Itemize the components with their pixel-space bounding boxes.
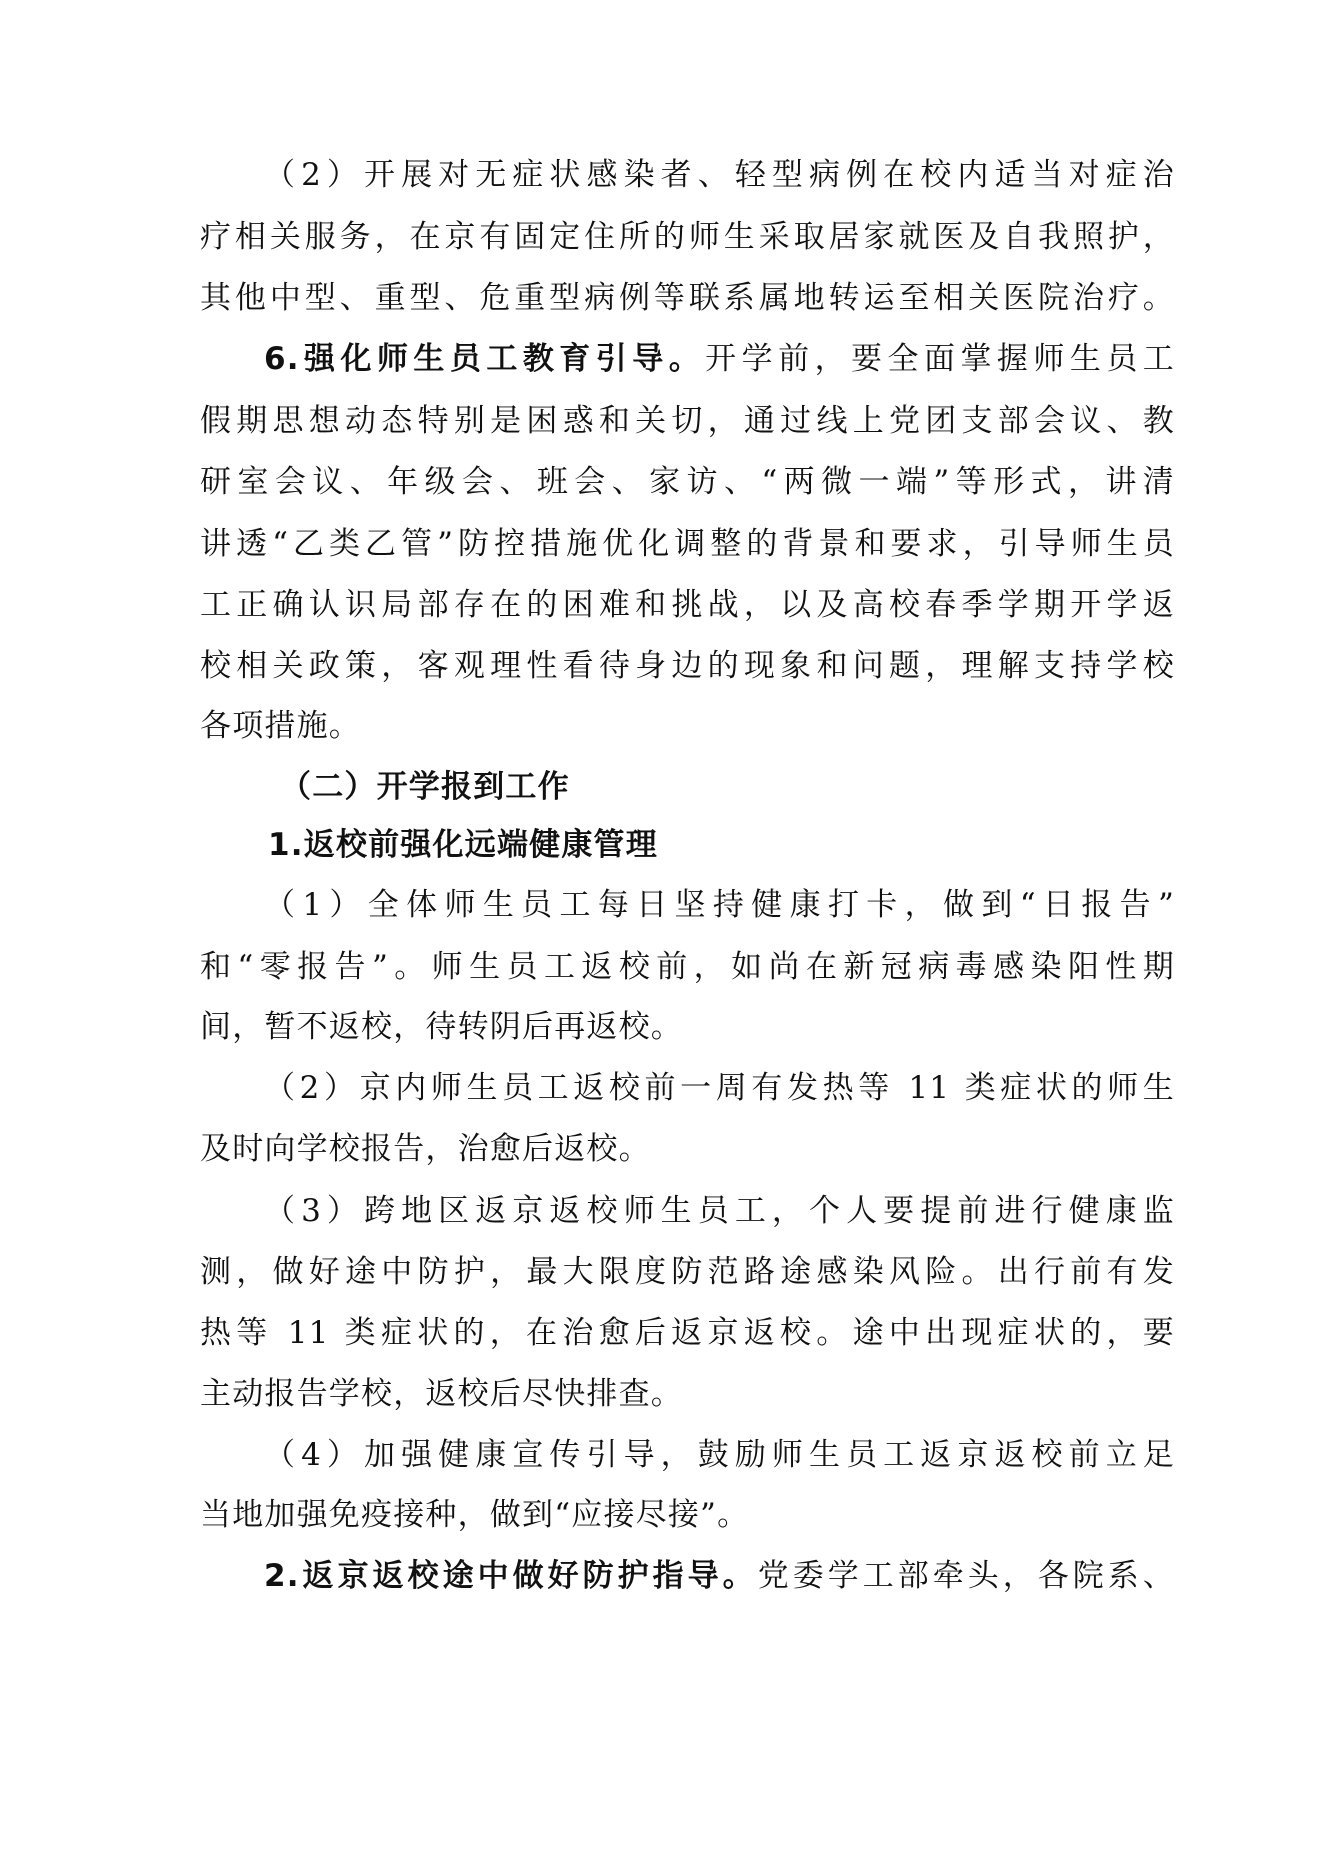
paragraph-line: 工正确认识局部存在的困难和挑战，以及高校春季学期开学返: [200, 580, 1175, 630]
lead-line-rest: 开学前，要全面掌握师生员工: [705, 341, 1175, 377]
paragraph-line: 研室会议、年级会、班会、家访、“两微一端”等形式，讲清: [200, 457, 1175, 507]
item-line: （1）全体师生员工每日坚持健康打卡，做到“日报告”: [264, 880, 1175, 930]
item-line: （2）京内师生员工返校前一周有发热等 11 类症状的师生: [264, 1063, 1175, 1113]
paragraph-line: 各项措施。: [200, 701, 1175, 751]
section-heading: （二）开学报到工作: [280, 762, 980, 812]
item-line: 当地加强免疫接种，做到“应接尽接”。: [200, 1490, 1175, 1540]
item-line: 和“零报告”。师生员工返校前，如尚在新冠病毒感染阳性期: [200, 942, 1175, 992]
final-paragraph-line: 2.返京返校途中做好防护指导。党委学工部牵头，各院系、: [264, 1551, 1175, 1601]
bold-lead-heading: 6.强化师生员工教育引导。: [264, 341, 705, 377]
bold-lead-heading: 2.返京返校途中做好防护指导。: [264, 1558, 758, 1594]
subsection-heading: 1.返校前强化远端健康管理: [268, 820, 968, 870]
paragraph-line: 其他中型、重型、危重型病例等联系属地转运至相关医院治疗。: [200, 273, 1175, 323]
paragraph-line: 疗相关服务，在京有固定住所的师生采取居家就医及自我照护，: [200, 212, 1175, 262]
paragraph-line: 假期思想动态特别是困惑和关切，通过线上党团支部会议、教: [200, 396, 1175, 446]
item-line: 测，做好途中防护，最大限度防范路途感染风险。出行前有发: [200, 1247, 1175, 1297]
item-line: 热等 11 类症状的，在治愈后返京返校。途中出现症状的，要: [200, 1308, 1175, 1358]
paragraph-line: 校相关政策，客观理性看待身边的现象和问题，理解支持学校: [200, 641, 1175, 691]
item-line: （4）加强健康宣传引导，鼓励师生员工返京返校前立足: [264, 1430, 1175, 1480]
paragraph-lead-line: 6.强化师生员工教育引导。开学前，要全面掌握师生员工: [264, 334, 1175, 384]
paragraph-line: （2）开展对无症状感染者、轻型病例在校内适当对症治: [264, 150, 1175, 200]
item-line: 间，暂不返校，待转阴后再返校。: [200, 1002, 1175, 1052]
item-line: （3）跨地区返京返校师生员工，个人要提前进行健康监: [264, 1186, 1175, 1236]
paragraph-line: 讲透“乙类乙管”防控措施优化调整的背景和要求，引导师生员: [200, 519, 1175, 569]
item-line: 主动报告学校，返校后尽快排查。: [200, 1369, 1175, 1419]
lead-line-rest: 党委学工部牵头，各院系、: [758, 1558, 1175, 1594]
item-line: 及时向学校报告，治愈后返校。: [200, 1124, 1175, 1174]
document-page: （2）开展对无症状感染者、轻型病例在校内适当对症治 疗相关服务，在京有固定住所的…: [0, 0, 1323, 1871]
